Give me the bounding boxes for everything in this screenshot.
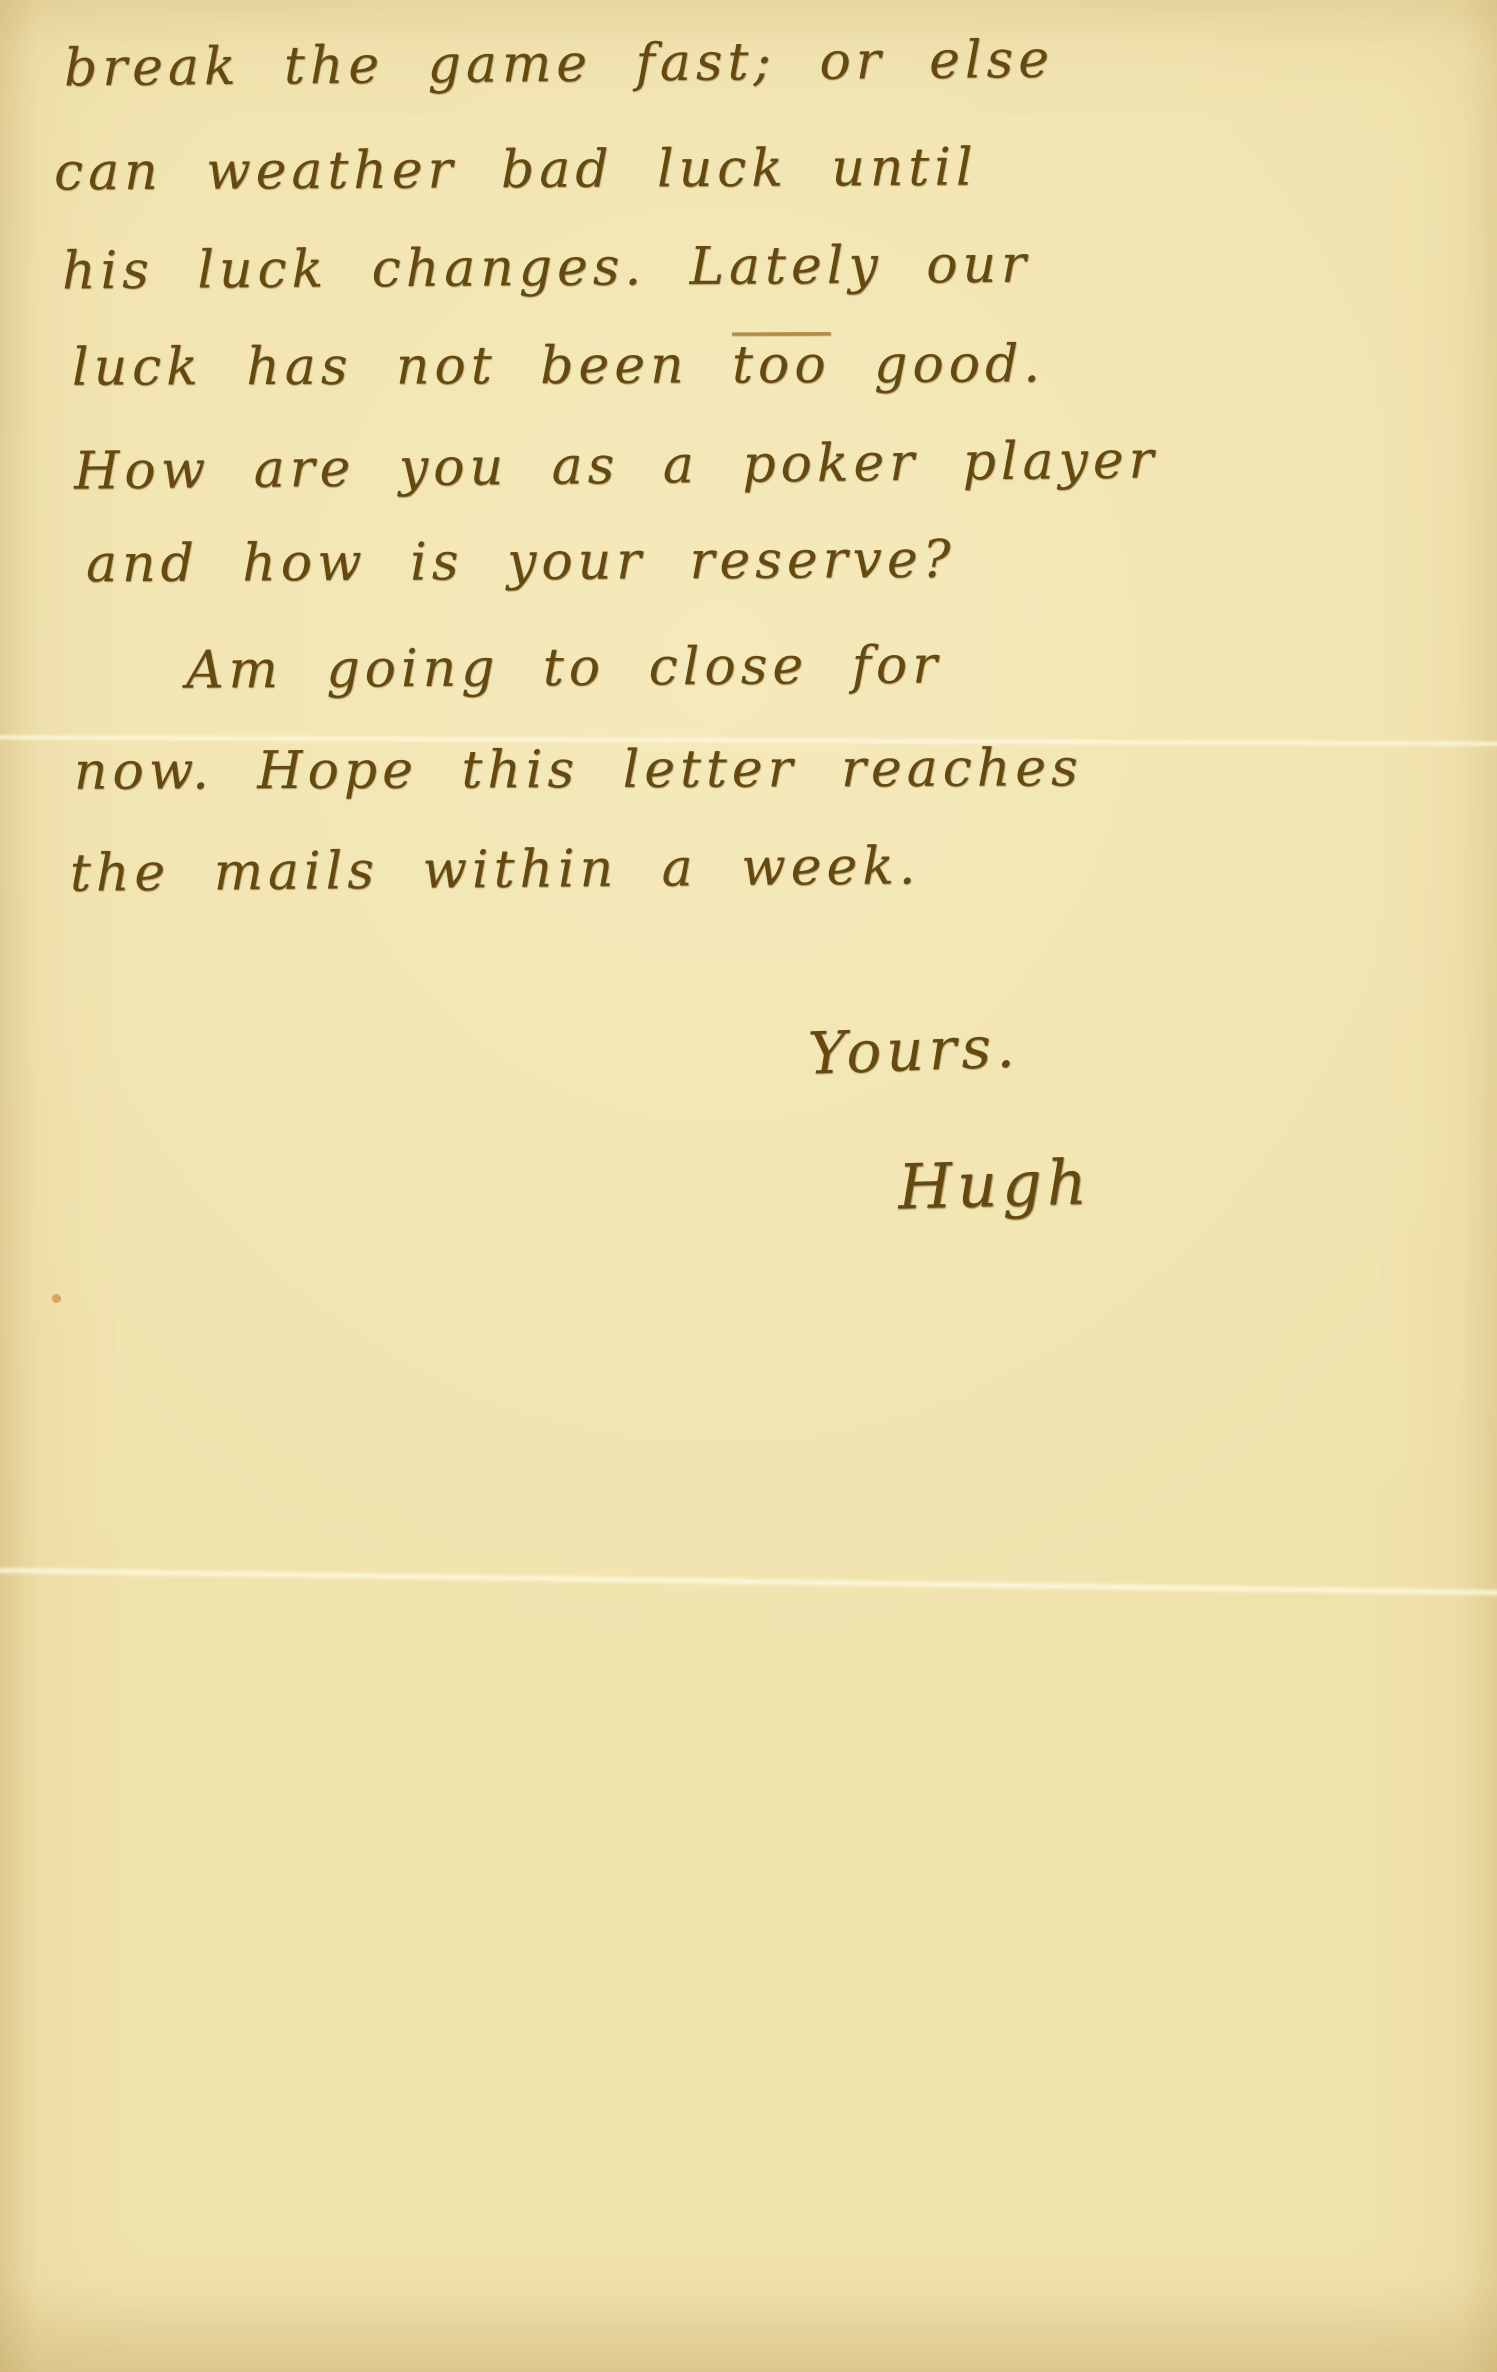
- letter-line-4: luck has not been too good.: [72, 334, 1045, 397]
- letter-signature: Hugh: [897, 1145, 1092, 1223]
- letter-line-9: the mails within a week.: [70, 836, 921, 903]
- letter-line-4-overlined-word: too: [732, 335, 831, 395]
- letter-line-7: Am going to close for: [186, 635, 943, 700]
- fold-crease-bottom: [0, 1566, 1497, 1598]
- letter-page: break the game fast; or else can weather…: [0, 0, 1497, 2372]
- letter-line-2: can weather bad luck until: [54, 138, 978, 203]
- letter-line-6: and how is your reserve?: [86, 530, 956, 595]
- paper-speck: [52, 1294, 61, 1303]
- letter-line-5: How are you as a poker player: [74, 430, 1159, 501]
- letter-line-8: now. Hope this letter reaches: [74, 738, 1083, 802]
- letter-line-4-pre: luck has not been: [72, 335, 732, 397]
- letter-line-1: break the game fast; or else: [64, 30, 1054, 99]
- letter-line-4-post: good.: [830, 334, 1044, 395]
- letter-line-3: his luck changes. Lately our: [62, 235, 1031, 302]
- letter-valediction: Yours.: [807, 1012, 1021, 1087]
